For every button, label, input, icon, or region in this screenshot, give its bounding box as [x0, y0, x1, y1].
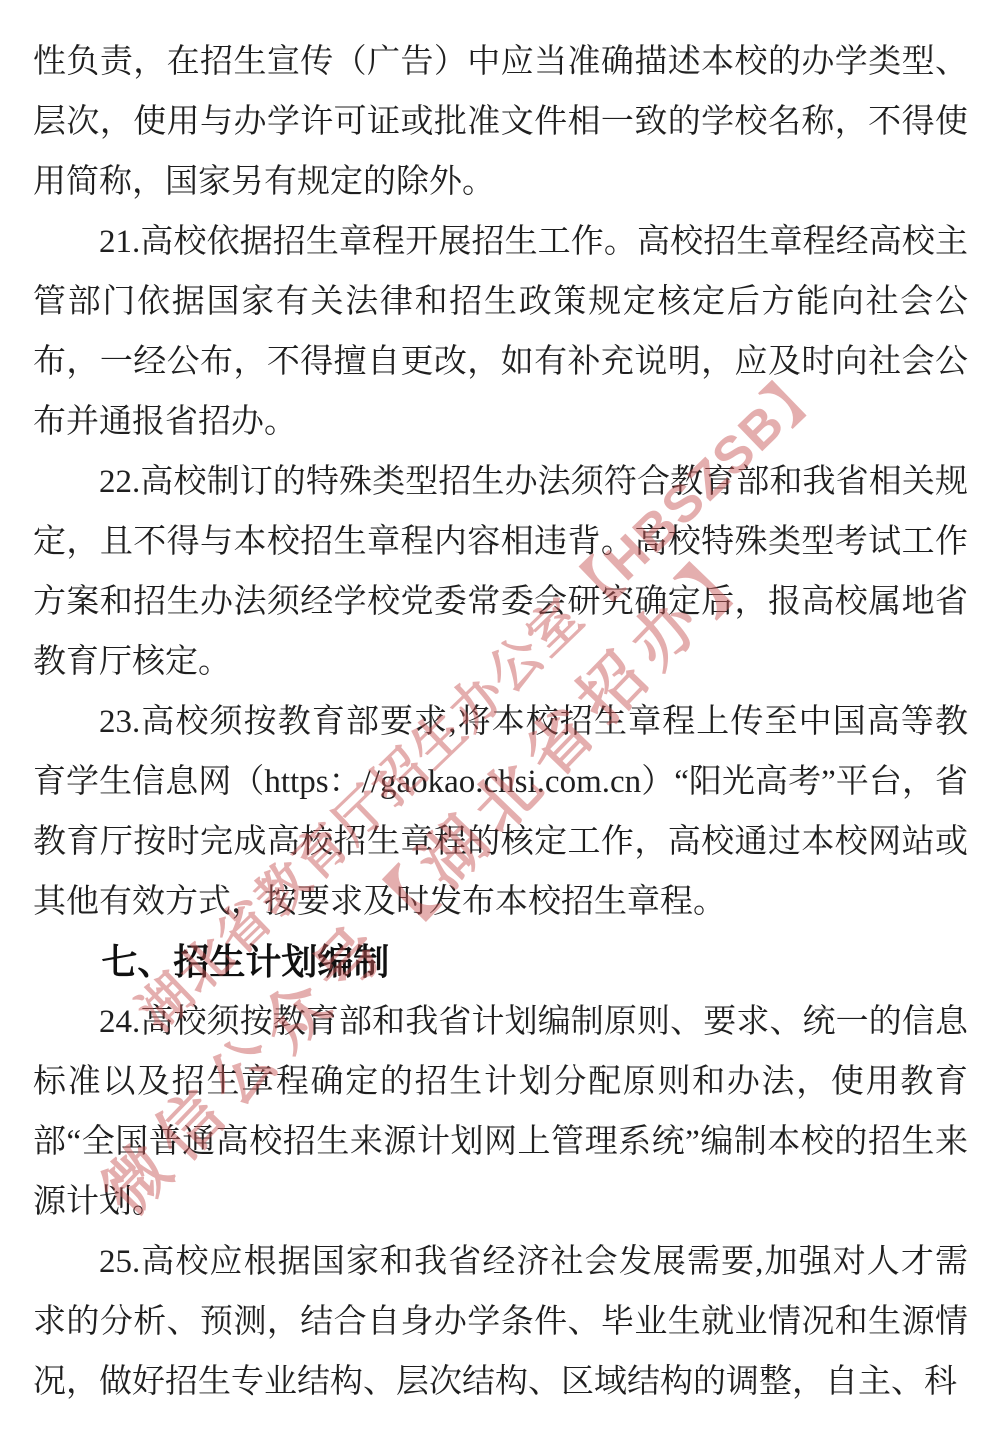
document-page: 性负责，在招生宣传（广告）中应当准确描述本校的办学类型、层次，使用与办学许可证或… — [0, 0, 1008, 1448]
paragraph-item-21: 21.高校依据招生章程开展招生工作。高校招生章程经高校主管部门依据国家有关法律和… — [33, 212, 968, 452]
paragraph-item-25: 25.高校应根据国家和我省经济社会发展需要,加强对人才需求的分析、预测，结合自身… — [33, 1232, 968, 1412]
document-content: 性负责，在招生宣传（广告）中应当准确描述本校的办学类型、层次，使用与办学许可证或… — [33, 32, 968, 1412]
paragraph-continuation: 性负责，在招生宣传（广告）中应当准确描述本校的办学类型、层次，使用与办学许可证或… — [33, 32, 968, 212]
paragraph-item-23: 23.高校须按教育部要求,将本校招生章程上传至中国高等教育学生信息网（https… — [33, 692, 968, 932]
paragraph-item-22: 22.高校制订的特殊类型招生办法须符合教育部和我省相关规定，且不得与本校招生章程… — [33, 452, 968, 692]
paragraph-item-24: 24.高校须按教育部和我省计划编制原则、要求、统一的信息标准以及招生章程确定的招… — [33, 992, 968, 1232]
section-heading-7: 七、招生计划编制 — [33, 932, 968, 992]
